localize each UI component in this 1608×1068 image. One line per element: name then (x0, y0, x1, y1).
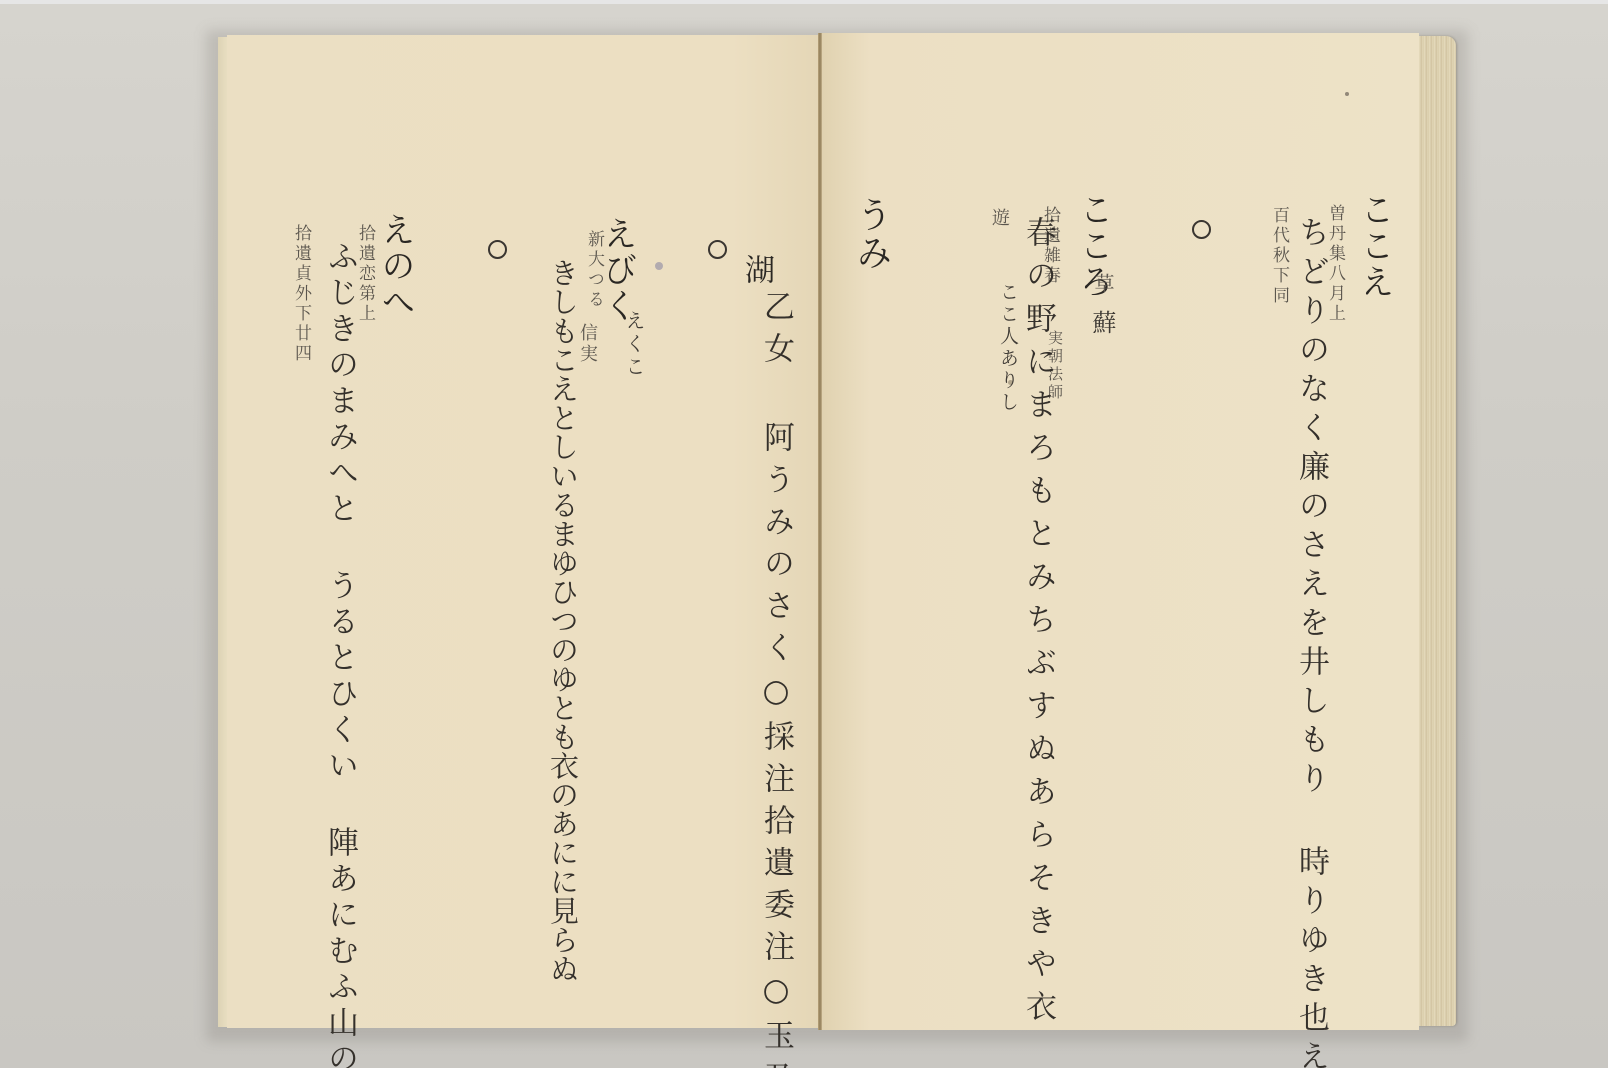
entry-text: 乙女 阿うみのさく○採注拾遺委注○玉乃川海 (760, 290, 791, 980)
entry-text: 春の野にまろもとみちぶすぬあらそきや衣 (1022, 216, 1053, 976)
left-page (227, 35, 821, 1028)
author-note: 信実 (578, 323, 596, 365)
side-note: 草 (1093, 273, 1113, 296)
second-note: 百代秋下同 (1270, 206, 1287, 306)
entry-circle-marker (488, 240, 507, 259)
ink-spot (655, 262, 663, 270)
source-note: 新大つる (585, 230, 602, 310)
headword: えびく (600, 216, 634, 324)
headword: 湖 (741, 254, 771, 286)
entry-circle-marker (708, 240, 727, 259)
side-note: 蘚 (1090, 310, 1114, 337)
headword: ここえ (1357, 192, 1391, 300)
entry-text: きしもこえとしいるまゆひつのゆとも衣のあにに見らぬ (548, 258, 577, 983)
second-note: 拾遺貞外下廿四 (292, 224, 309, 364)
entry-text: ちどりのなく廉のさえを井しもり 時りゆき也えふき (1295, 216, 1326, 956)
source-note: 拾遺恋第上 (356, 224, 373, 324)
entry-text: ふじきのまみへと うるとひくい 陣あにむふ山のさの月 (324, 240, 355, 965)
headword: うみ (853, 196, 889, 272)
right-page (822, 33, 1419, 1030)
background-top-strip (0, 0, 1608, 4)
entry-circle-marker (1192, 220, 1211, 239)
book-gutter (818, 33, 822, 1030)
inline-note: ここ人ありし (998, 282, 1017, 414)
inline-note: えくこ (624, 310, 644, 379)
headword: えのへ (378, 212, 412, 320)
page-block-edge (1418, 36, 1456, 1026)
small-note: 遊 (990, 208, 1008, 229)
ink-spot (1345, 92, 1349, 96)
